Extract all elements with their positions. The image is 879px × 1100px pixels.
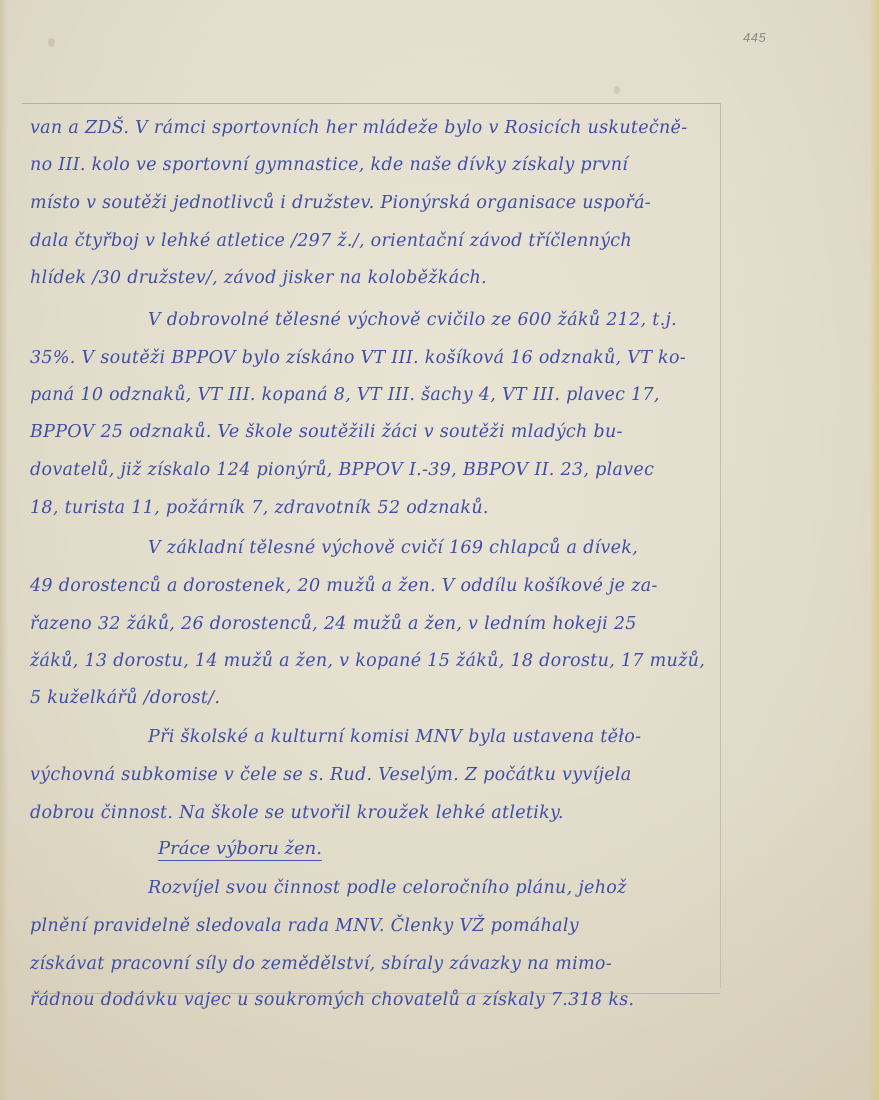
text-line: BPPOV 25 odznaků. Ve škole soutěžili žác… bbox=[30, 422, 623, 442]
paper-stain bbox=[614, 86, 620, 94]
text-line: žáků, 13 dorostu, 14 mužů a žen, v kopan… bbox=[30, 651, 705, 671]
text-line: van a ZDŠ. V rámci sportovních her mláde… bbox=[30, 118, 687, 138]
paragraph-start-line: Rozvíjel svou činnost podle celoročního … bbox=[148, 878, 627, 898]
text-line: no III. kolo ve sportovní gymnastice, kd… bbox=[30, 155, 628, 175]
text-line: hlídek /30 družstev/, závod jisker na ko… bbox=[30, 268, 487, 288]
text-line: řazeno 32 žáků, 26 dorostenců, 24 mužů a… bbox=[30, 614, 637, 634]
text-line: dobrou činnost. Na škole se utvořil krou… bbox=[30, 803, 564, 823]
text-line: dovatelů, již získalo 124 pionýrů, BPPOV… bbox=[30, 460, 654, 480]
text-line: řádnou dodávku vajec u soukromých chovat… bbox=[30, 990, 634, 1010]
text-line: dala čtyřboj v lehké atletice /297 ž./, … bbox=[30, 231, 632, 251]
paragraph-start-line: V dobrovolné tělesné výchově cvičilo ze … bbox=[148, 310, 677, 330]
text-line: místo v soutěži jednotlivců i družstev. … bbox=[30, 193, 651, 213]
page-number: 445 bbox=[743, 30, 766, 45]
text-line: 5 kuželkářů /dorost/. bbox=[30, 688, 220, 708]
section-heading: Práce výboru žen. bbox=[158, 838, 322, 861]
document-page: 445 van a ZDŠ. V rámci sportovních her m… bbox=[0, 0, 879, 1100]
paper-stain bbox=[48, 38, 55, 47]
text-line: plnění pravidelně sledovala rada MNV. Čl… bbox=[30, 916, 579, 936]
text-line: paná 10 odznaků, VT III. kopaná 8, VT II… bbox=[30, 385, 660, 405]
text-line: 49 dorostenců a dorostenek, 20 mužů a že… bbox=[30, 576, 658, 596]
ruled-frame-right bbox=[720, 103, 721, 988]
text-line: získávat pracovní síly do zemědělství, s… bbox=[30, 954, 612, 974]
paragraph-start-line: Při školské a kulturní komisi MNV byla u… bbox=[148, 727, 641, 747]
ruled-frame-top bbox=[22, 103, 720, 104]
paragraph-start-line: V základní tělesné výchově cvičí 169 chl… bbox=[148, 538, 638, 558]
text-line: 35%. V soutěži BPPOV bylo získáno VT III… bbox=[30, 348, 686, 368]
text-line: 18, turista 11, požárník 7, zdravotník 5… bbox=[30, 498, 489, 518]
text-line: výchovná subkomise v čele se s. Rud. Ves… bbox=[30, 765, 631, 785]
